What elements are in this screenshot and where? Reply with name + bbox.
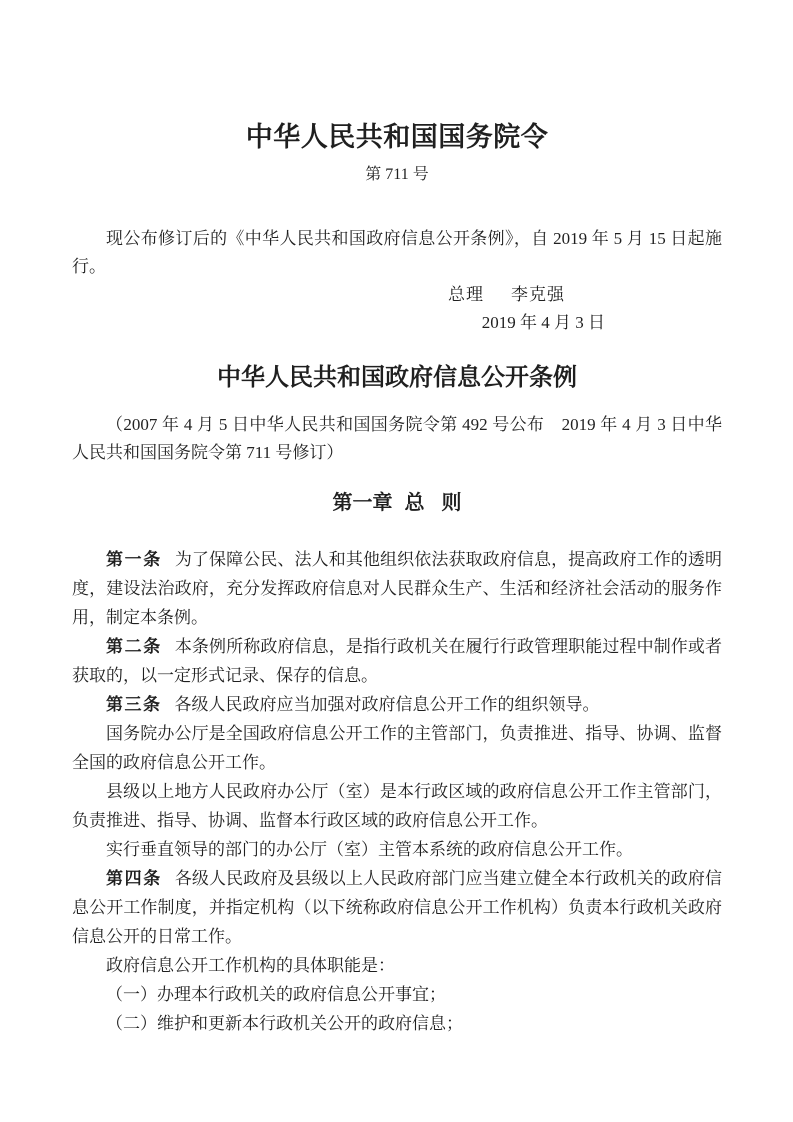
article-3-paragraph-2: 国务院办公厅是全国政府信息公开工作的主管部门，负责推进、指导、协调、监督全国的政… [72,719,722,777]
article-4-lead: 第四条 [106,869,162,888]
article-2-paragraph: 第二条本条例所称政府信息，是指行政机关在履行行政管理职能过程中制作或者获取的，以… [72,632,722,690]
article-3-paragraph-4: 实行垂直领导的部门的办公厅（室）主管本系统的政府信息公开工作。 [72,835,722,864]
article-4-item-1: （一）办理本行政机关的政府信息公开事宜； [72,980,722,1009]
article-list: 第一条为了保障公民、法人和其他组织依法获取政府信息，提高政府工作的透明度，建设法… [72,545,722,1038]
issue-date: 2019 年 4 月 3 日 [72,309,722,337]
chapter-title-word-2: 则 [442,492,462,514]
order-number: 第 711 号 [72,164,722,186]
article-4-paragraph: 第四条各级人民政府及县级以上人民政府部门应当建立健全本行政机关的政府信息公开工作… [72,864,722,951]
article-1-lead: 第一条 [106,550,162,569]
document-page: 中华人民共和国国务院令 第 711 号 现公布修订后的《中华人民共和国政府信息公… [0,0,793,1122]
regulation-title: 中华人民共和国政府信息公开条例 [72,363,722,393]
order-title: 中华人民共和国国务院令 [72,120,722,154]
article-3-paragraph-3: 县级以上地方人民政府办公厅（室）是本行政区域的政府信息公开工作主管部门，负责推进… [72,777,722,835]
order-body-paragraph: 现公布修订后的《中华人民共和国政府信息公开条例》，自 2019 年 5 月 15… [72,225,722,281]
chapter-heading: 第一章总则 [72,491,722,516]
article-4-item-2: （二）维护和更新本行政机关公开的政府信息； [72,1009,722,1038]
chapter-number: 第一章 [333,492,393,514]
article-1-text: 为了保障公民、法人和其他组织依法获取政府信息，提高政府工作的透明度，建设法治政府… [72,550,722,627]
article-3-lead: 第三条 [106,695,162,714]
signer-name: 李克强 [511,285,565,304]
article-4-text: 各级人民政府及县级以上人民政府部门应当建立健全本行政机关的政府信息公开工作制度，… [72,869,722,946]
signer-title: 总理 [448,285,484,304]
article-3-text: 各级人民政府应当加强对政府信息公开工作的组织领导。 [175,695,600,714]
chapter-title-word-1: 总 [405,492,425,514]
article-2-lead: 第二条 [106,637,162,656]
article-4-paragraph-2: 政府信息公开工作机构的具体职能是： [72,951,722,980]
signature-line: 总理李克强 [72,281,722,309]
article-3-paragraph: 第三条各级人民政府应当加强对政府信息公开工作的组织领导。 [72,690,722,719]
article-1-paragraph: 第一条为了保障公民、法人和其他组织依法获取政府信息，提高政府工作的透明度，建设法… [72,545,722,632]
article-2-text: 本条例所称政府信息，是指行政机关在履行行政管理职能过程中制作或者获取的，以一定形… [72,637,722,685]
revision-note: （2007 年 4 月 5 日中华人民共和国国务院令第 492 号公布 2019… [72,411,722,467]
